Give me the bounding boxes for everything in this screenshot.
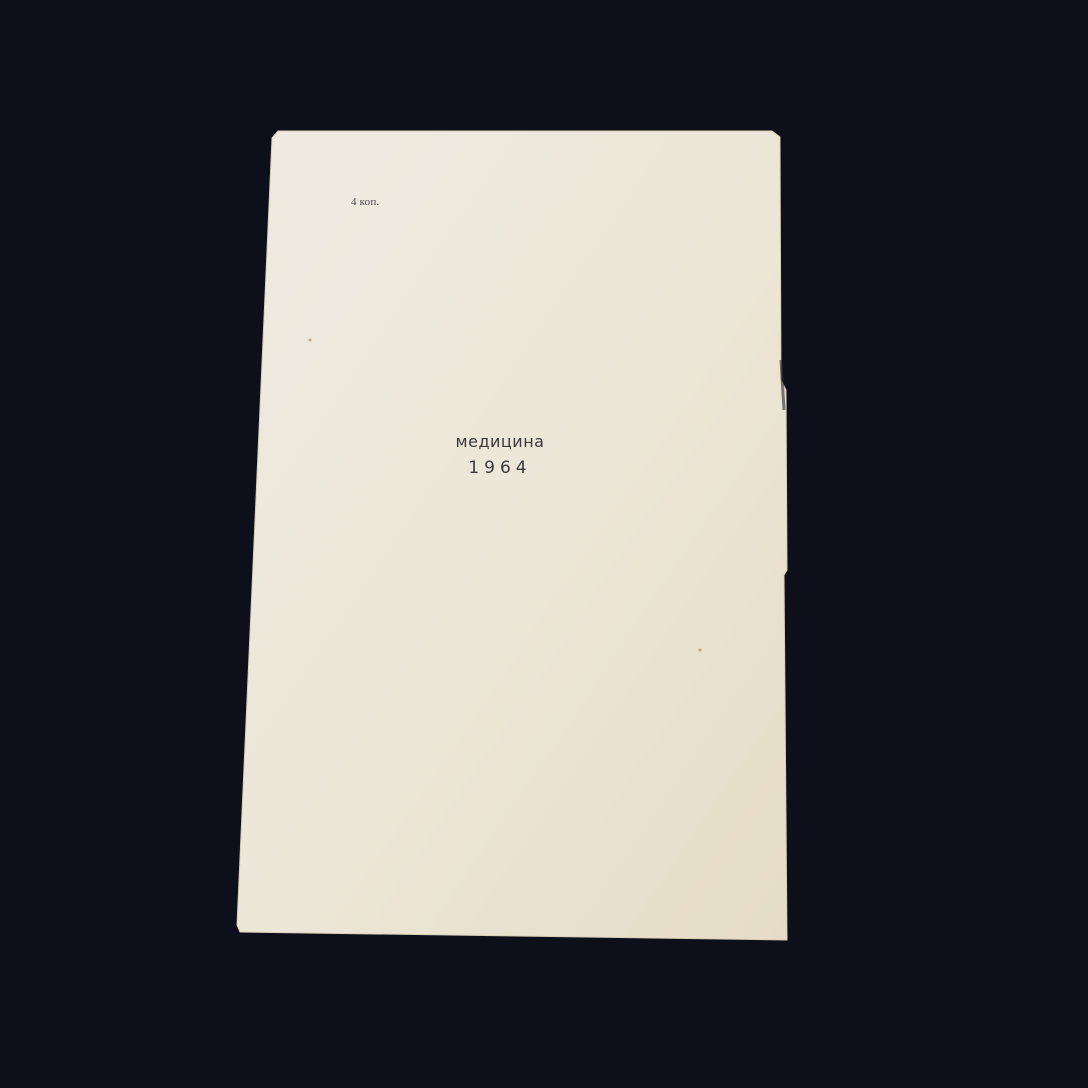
- publisher-name: медицина: [440, 432, 560, 451]
- price-label: 4 коп.: [351, 196, 379, 208]
- booklet-back-cover: [237, 131, 787, 940]
- publication-year: 1964: [440, 458, 560, 478]
- photo-scene: [0, 0, 1088, 1088]
